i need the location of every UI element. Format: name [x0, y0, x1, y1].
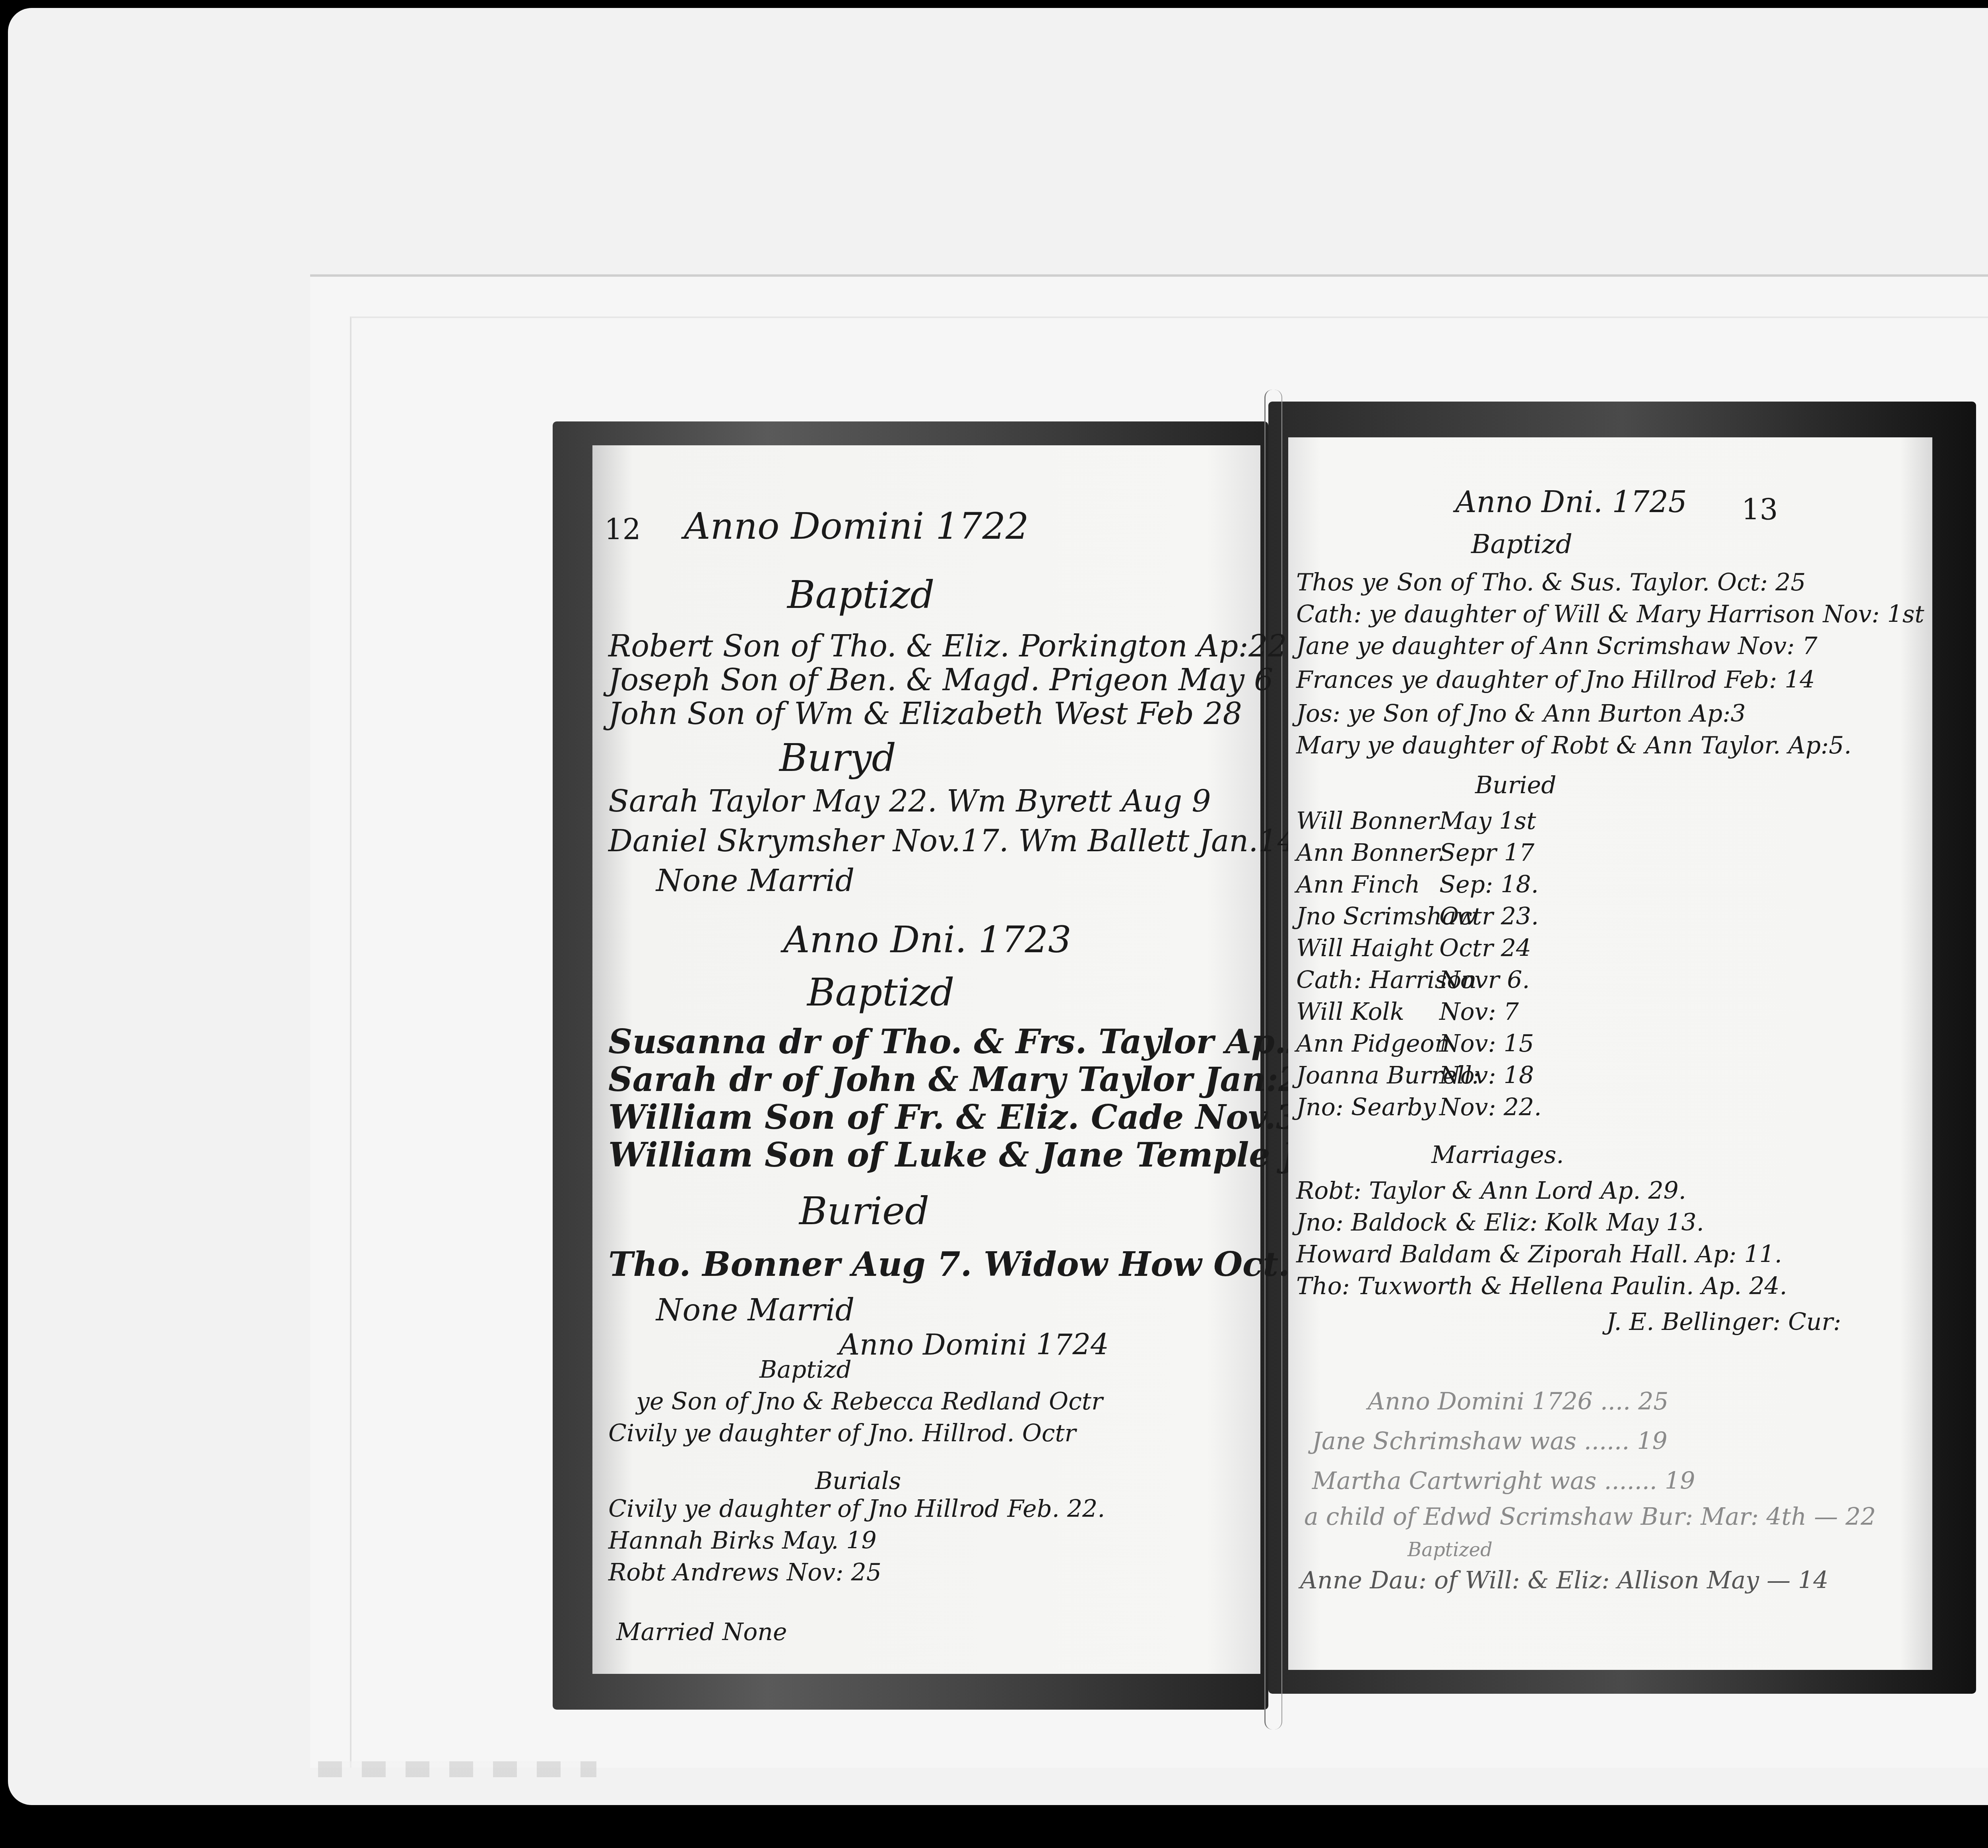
baptism-entry: Jane ye daughter of Ann Scrimshaw Nov: 7 — [1296, 632, 1817, 660]
baptisms-heading: Baptizd — [1471, 529, 1573, 559]
page-number: 13 — [1741, 493, 1778, 526]
burial-entry: Civily ye daughter of Jno Hillrod Feb. 2… — [608, 1495, 1105, 1523]
film-edge-marks — [318, 1761, 596, 1777]
burial-date: Nov: 15 — [1439, 1030, 1534, 1058]
burial-date: Sep: 18. — [1439, 871, 1539, 899]
burial-name: Jno: Searby — [1296, 1093, 1436, 1121]
marriages-note: None Marrid — [656, 1292, 854, 1328]
burials-heading: Buried — [799, 1189, 929, 1233]
faint-entry: Jane Schrimshaw was ...... 19 — [1312, 1427, 1668, 1455]
baptism-entry: Susanna dr of Tho. & Frs. Taylor Ap.24 — [608, 1022, 1333, 1061]
baptism-entry: William Son of Luke & Jane Temple Jan.12 — [608, 1135, 1402, 1174]
baptisms-heading: Baptizd — [787, 573, 935, 617]
year-heading: Anno Domini 1722 — [684, 505, 1029, 547]
baptism-entry: William Son of Fr. & Eliz. Cade Nov.3 — [608, 1097, 1299, 1137]
baptism-entry: Thos ye Son of Tho. & Sus. Taylor. Oct: … — [1296, 569, 1806, 596]
burial-name: Will Haight — [1296, 934, 1434, 962]
baptism-entry: Mary ye daughter of Robt & Ann Taylor. A… — [1296, 732, 1852, 759]
marriage-entry: Howard Baldam & Ziporah Hall. Ap: 11. — [1296, 1240, 1782, 1268]
burial-entry: Hannah Birks May. 19 — [608, 1527, 877, 1555]
burials-heading: Buryd — [779, 736, 896, 780]
marriages-note: None Marrid — [656, 863, 854, 898]
faint-entry: Baptized — [1408, 1539, 1493, 1561]
burial-entry: Robt Andrews Nov: 25 — [608, 1559, 881, 1586]
burial-name: Ann Pidgeon — [1296, 1030, 1450, 1058]
burial-date: May 1st — [1439, 807, 1536, 835]
faint-entry: Martha Cartwright was ....... 19 — [1312, 1467, 1695, 1495]
baptisms-heading: Baptizd — [807, 970, 955, 1015]
burial-entry: Tho. Bonner Aug 7. Widow How Oct.3 — [608, 1244, 1313, 1284]
baptism-entry: Jos: ye Son of Jno & Ann Burton Ap:3 — [1296, 700, 1746, 728]
right-page: Anno Dni. 1725 13 Baptizd Thos ye Son of… — [1288, 437, 1932, 1670]
baptism-entry: Sarah dr of John & Mary Taylor Jan:23 — [608, 1060, 1325, 1099]
marriages-heading: Marriages. — [1431, 1141, 1564, 1169]
faint-entry: a child of Edwd Scrimshaw Bur: Mar: 4th … — [1304, 1503, 1876, 1531]
burial-date: Novr 6. — [1439, 966, 1530, 994]
burial-name: Will Kolk — [1296, 998, 1404, 1026]
baptism-entry: ye Son of Jno & Rebecca Redland Octr — [636, 1388, 1103, 1415]
page-number: 12 — [604, 513, 641, 546]
burial-name: Ann Bonner. — [1296, 839, 1445, 867]
baptism-entry: Cath: ye daughter of Will & Mary Harriso… — [1296, 600, 1924, 628]
curate-signature: J. E. Bellinger: Cur: — [1606, 1308, 1841, 1336]
burial-date: Octr 23. — [1439, 903, 1539, 930]
burials-heading: Buried — [1475, 771, 1557, 799]
left-page: 12 Anno Domini 1722 Baptizd Robert Son o… — [592, 445, 1260, 1674]
marriage-entry: Robt: Taylor & Ann Lord Ap. 29. — [1296, 1177, 1686, 1205]
baptisms-heading: Baptizd — [759, 1356, 852, 1384]
burials-heading: Burials — [815, 1467, 901, 1495]
baptism-entry: Robert Son of Tho. & Eliz. Porkington Ap… — [608, 628, 1287, 664]
faint-entry: Anne Dau: of Will: & Eliz: Allison May —… — [1300, 1567, 1829, 1594]
burial-name: Ann Finch — [1296, 871, 1420, 899]
year-heading: Anno Domini 1724 — [839, 1328, 1109, 1361]
year-heading: Anno Dni. 1723 — [783, 918, 1072, 961]
burial-date: Nov: 7 — [1439, 998, 1519, 1026]
register-book: 12 Anno Domini 1722 Baptizd Robert Son o… — [553, 402, 1976, 1718]
burial-entry: Sarah Taylor May 22. Wm Byrett Aug 9 — [608, 783, 1211, 819]
baptism-entry: Civily ye daughter of Jno. Hillrod. Octr — [608, 1419, 1076, 1447]
burial-date: Sepr 17 — [1439, 839, 1534, 867]
burial-date: Nov: 22. — [1439, 1093, 1541, 1121]
marriages-note: Married None — [616, 1618, 787, 1646]
baptism-entry: Joseph Son of Ben. & Magd. Prigeon May 6 — [608, 662, 1273, 697]
burial-date: Nov: 18 — [1439, 1062, 1534, 1089]
year-heading: Anno Dni. 1725 — [1455, 485, 1687, 519]
burial-name: Will Bonner — [1296, 807, 1439, 835]
baptism-entry: John Son of Wm & Elizabeth West Feb 28 — [608, 696, 1242, 731]
marriage-entry: Tho: Tuxworth & Hellena Paulin. Ap. 24. — [1296, 1272, 1787, 1300]
burial-entry: Daniel Skrymsher Nov.17. Wm Ballett Jan.… — [608, 823, 1297, 858]
faint-entry: Anno Domini 1726 .... 25 — [1368, 1388, 1669, 1415]
burial-date: Octr 24 — [1439, 934, 1531, 962]
baptism-entry: Frances ye daughter of Jno Hillrod Feb: … — [1296, 666, 1815, 694]
marriage-entry: Jno: Baldock & Eliz: Kolk May 13. — [1296, 1209, 1704, 1237]
